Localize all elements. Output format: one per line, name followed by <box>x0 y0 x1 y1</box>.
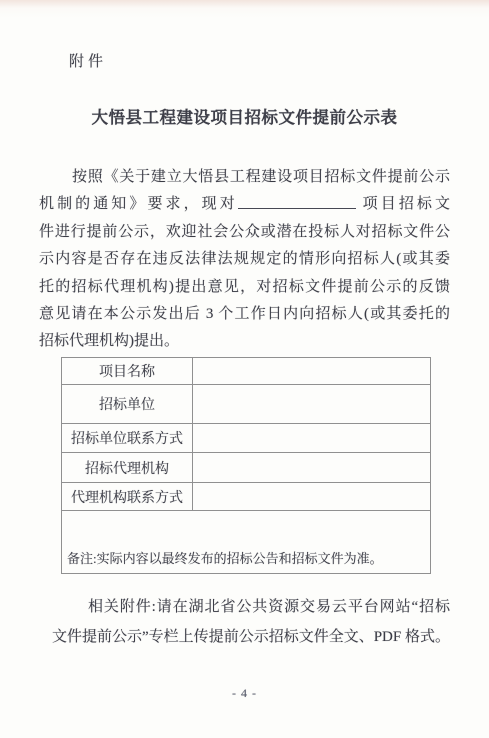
paragraph-line: 件进行提前公示，欢迎社会公众或潜在投标人对招标文件公 <box>39 219 450 246</box>
row-label: 代理机构联系方式 <box>62 483 193 511</box>
row-value-blank <box>193 358 431 385</box>
table-row: 招标单位联系方式 <box>62 424 431 453</box>
paragraph-line: 示内容是否存在违反法律法规规定的情形向招标人(或其委 <box>39 246 450 273</box>
table-row: 代理机构联系方式 <box>62 483 431 511</box>
paragraph-line: 文件提前公示”专栏上传提前公示招标文件全文、PDF 格式。 <box>52 622 450 652</box>
line-text: 项目招标文 <box>356 196 450 212</box>
attachment-label: 附件 <box>69 53 107 71</box>
paragraph-line: 意见请在本公示发出后 3 个工作日内向招标人(或其委托的 <box>39 301 450 328</box>
paragraph-line: 按照《关于建立大悟县工程建设项目招标文件提前公示 <box>39 164 450 191</box>
blank-underline-field <box>238 195 356 209</box>
row-label: 招标单位 <box>62 385 193 424</box>
line-text: 机制的通知》要求，现对 <box>39 196 238 212</box>
row-value-blank <box>193 483 431 511</box>
row-label: 招标单位联系方式 <box>62 424 193 453</box>
table-row: 招标代理机构 <box>62 453 431 483</box>
paragraph-line: 相关附件:请在湖北省公共资源交易云平台网站“招标 <box>52 592 450 622</box>
table-note: 备注:实际内容以最终发布的招标公告和招标文件为准。 <box>62 511 431 574</box>
table-row: 招标单位 <box>62 385 431 424</box>
page-number: - 4 - <box>0 686 489 700</box>
table-row: 项目名称 <box>62 358 431 385</box>
related-attachment-paragraph: 相关附件:请在湖北省公共资源交易云平台网站“招标文件提前公示”专栏上传提前公示招… <box>52 592 450 652</box>
document-title: 大悟县工程建设项目招标文件提前公示表 <box>0 108 489 128</box>
row-value-blank <box>193 424 431 453</box>
row-value-blank <box>193 453 431 483</box>
table-note-row: 备注:实际内容以最终发布的招标公告和招标文件为准。 <box>62 511 431 574</box>
scanned-document-page: 附件 大悟县工程建设项目招标文件提前公示表 按照《关于建立大悟县工程建设项目招标… <box>0 0 489 738</box>
paragraph-line: 招标代理机构)提出。 <box>39 328 450 355</box>
paragraph-line: 托的招标代理机构)提出意见，对招标文件提前公示的反馈 <box>39 274 450 301</box>
row-value-blank <box>193 385 431 424</box>
row-label: 项目名称 <box>62 358 193 385</box>
paragraph-line: 机制的通知》要求，现对 项目招标文 <box>39 191 450 218</box>
intro-paragraph: 按照《关于建立大悟县工程建设项目招标文件提前公示机制的通知》要求，现对 项目招标… <box>39 164 450 356</box>
bidding-info-table: 项目名称招标单位招标单位联系方式招标代理机构代理机构联系方式备注:实际内容以最终… <box>61 357 431 574</box>
row-label: 招标代理机构 <box>62 453 193 483</box>
